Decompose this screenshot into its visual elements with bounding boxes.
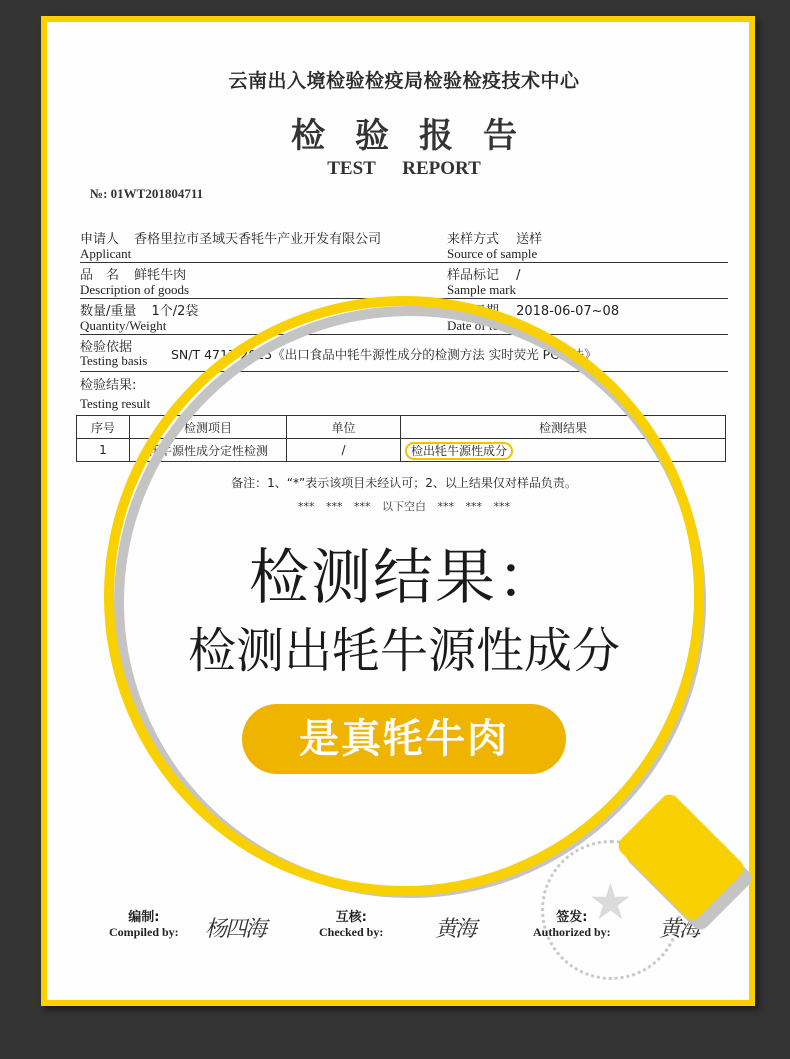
report-number-value: 01WT201804711 (111, 186, 203, 201)
quantity-field: 数量/重量 1个/2袋 (80, 300, 198, 319)
report-title-en: TEST REPORT (47, 158, 761, 180)
table-header-row: 序号 检测项目 单位 检测结果 (77, 416, 726, 439)
table-row: 1 牦牛源性成分定性检测 / 检出牦牛源性成分 (77, 439, 726, 462)
source-label-cn: 来样方式 (447, 232, 499, 247)
result-label-en: Testing result (80, 396, 150, 412)
test-report-document: 云南出入境检验检疫局检验检疫技术中心 检验报告 TEST REPORT №: 0… (41, 16, 755, 1006)
quantity-label-cn: 数量/重量 (80, 304, 136, 319)
quantity-value: 1个/2袋 (151, 304, 198, 319)
goods-field: 品 名 鲜牦牛肉 (80, 264, 186, 283)
goods-label-cn: 品 名 (80, 268, 119, 283)
results-table: 序号 检测项目 单位 检测结果 1 牦牛源性成分定性检测 / 检出牦牛源性成分 (76, 415, 726, 462)
divider (80, 334, 728, 335)
applicant-field: 申请人 香格里拉市圣域天香牦牛产业开发有限公司 (80, 228, 381, 247)
source-value: 送样 (516, 232, 542, 247)
header-result: 检测结果 (401, 416, 726, 439)
checked-label-en: Checked by: (319, 925, 383, 940)
divider (80, 262, 728, 263)
report-number: №: 01WT201804711 (90, 186, 203, 202)
cell-unit: / (287, 439, 401, 462)
basis-label-en: Testing basis (80, 353, 147, 369)
applicant-label-en: Applicant (80, 246, 131, 262)
magnified-subline: 检测出牦牛源性成分 (47, 612, 761, 681)
divider (80, 298, 728, 299)
authorized-label-cn: 签发: (533, 906, 611, 925)
goods-value: 鲜牦牛肉 (134, 268, 186, 283)
checked-by-block: 互核: Checked by: (319, 906, 383, 940)
cell-seq: 1 (77, 439, 130, 462)
applicant-value: 香格里拉市圣域天香牦牛产业开发有限公司 (134, 232, 381, 247)
remarks-note: 备注：1、“*”表示该项目未经认可；2、以上结果仅对样品负责。 (47, 474, 761, 491)
source-field: 来样方式 送样 (447, 228, 542, 247)
test-date-value: 2018-06-07~08 (516, 304, 619, 319)
issuing-organization: 云南出入境检验检疫局检验检疫技术中心 (47, 66, 761, 93)
authorized-by-block: 签发: Authorized by: (533, 906, 611, 940)
test-date-field: 检测日期 2018-06-07~08 (447, 300, 619, 319)
checked-signature: 黄海 (435, 912, 475, 943)
authorized-label-en: Authorized by: (533, 925, 611, 940)
report-number-label: №: (90, 186, 107, 201)
compiled-signature: 杨四海 (205, 912, 265, 943)
goods-label-en: Description of goods (80, 282, 189, 298)
report-title-cn: 检验报告 (47, 108, 761, 157)
cell-item: 牦牛源性成分定性检测 (130, 439, 287, 462)
test-date-label-cn: 检测日期 (447, 304, 499, 319)
sample-mark-value: / (516, 268, 520, 283)
basis-value: SN/T 4717-2015《出口食品中牦牛源性成分的检测方法 实时荧光 PCR… (171, 345, 597, 363)
sample-mark-label-en: Sample mark (447, 282, 516, 298)
cell-result: 检出牦牛源性成分 (401, 439, 726, 462)
authorized-signature: 黄海 (659, 912, 699, 943)
sample-mark-field: 样品标记 / (447, 264, 521, 283)
compiled-label-cn: 编制: (109, 906, 179, 925)
sample-mark-label-cn: 样品标记 (447, 268, 499, 283)
blank-below-line: *** *** *** 以下空白 *** *** *** (47, 498, 761, 514)
header-unit: 单位 (287, 416, 401, 439)
quantity-label-en: Quantity/Weight (80, 318, 166, 334)
magnified-headline: 检测结果： (47, 530, 761, 616)
verdict-badge: 是真牦牛肉 (242, 704, 566, 774)
source-label-en: Source of sample (447, 246, 537, 262)
applicant-label-cn: 申请人 (80, 232, 119, 247)
compiled-label-en: Compiled by: (109, 925, 179, 940)
test-date-label-en: Date of testing (447, 318, 524, 334)
header-item: 检测项目 (130, 416, 287, 439)
header-seq: 序号 (77, 416, 130, 439)
result-label-cn: 检验结果: (80, 374, 136, 393)
divider (80, 371, 728, 372)
highlighted-result: 检出牦牛源性成分 (405, 442, 513, 460)
checked-label-cn: 互核: (319, 906, 383, 925)
compiled-by-block: 编制: Compiled by: (109, 906, 179, 940)
